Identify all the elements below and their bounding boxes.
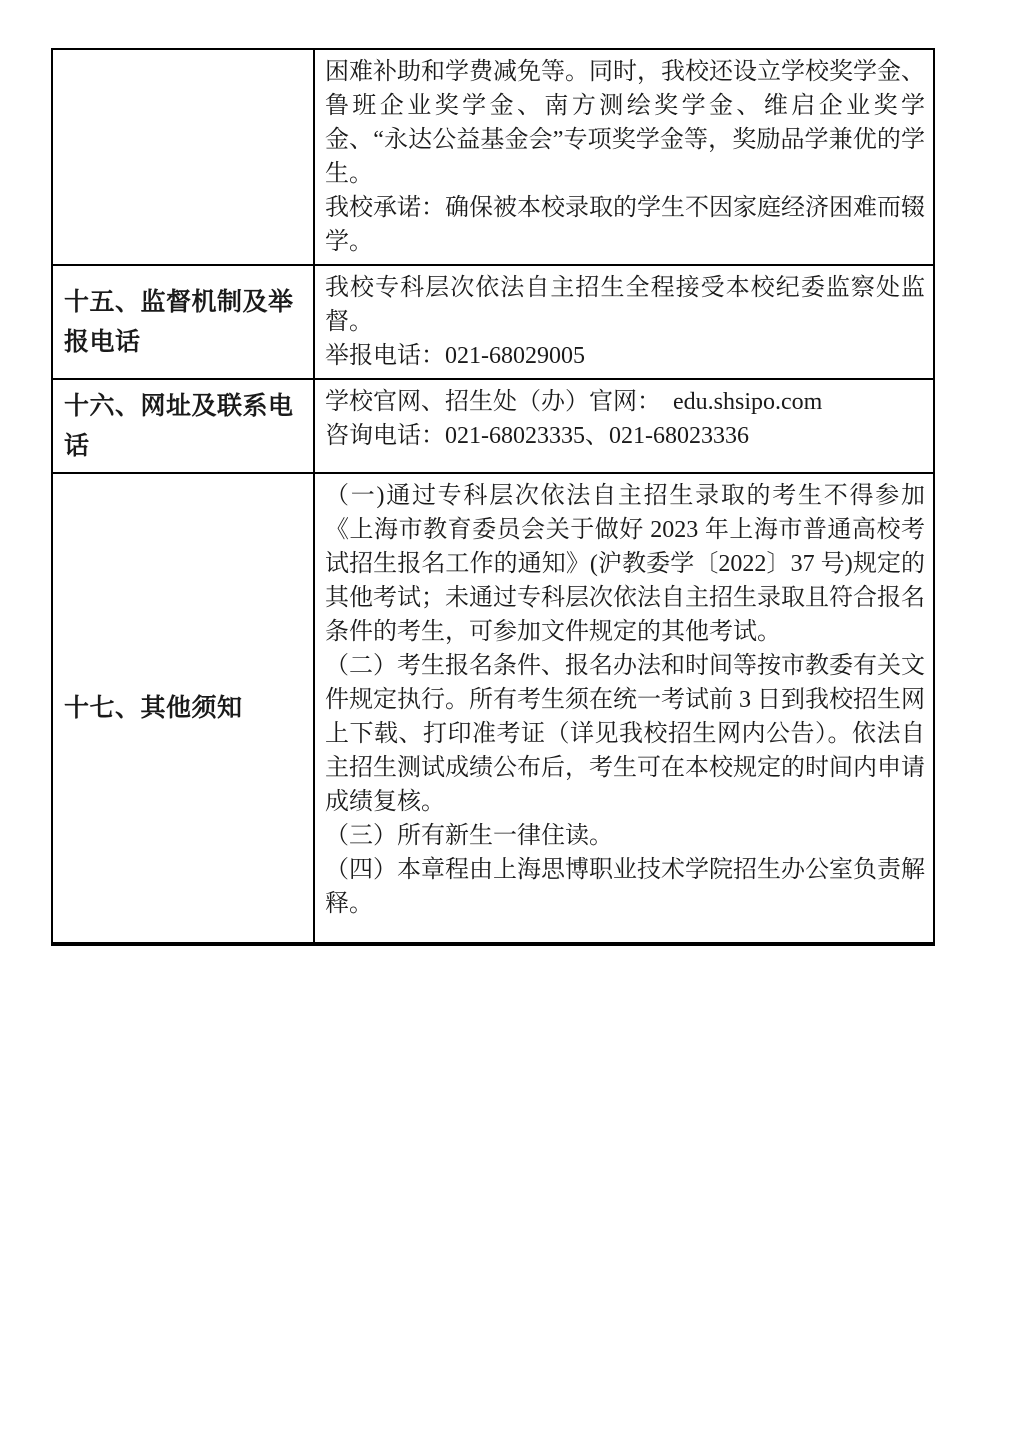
cell-paragraph: 咨询电话：021-68023335、021-68023336 [325, 419, 925, 453]
cell-paragraph: （一)通过专科层次依法自主招生录取的考生不得参加《上海市教育委员会关于做好 20… [325, 479, 925, 649]
row-header-cell [53, 50, 315, 264]
cell-paragraph: 学校官网、招生处（办）官网： edu.shsipo.com [325, 385, 925, 419]
row-header-label: 十七、其他须知 [64, 688, 243, 728]
row-header-label: 十五、监督机制及举报电话 [64, 282, 303, 362]
cell-paragraph: 我校专科层次依法自主招生全程接受本校纪委监察处监督。 [325, 271, 925, 339]
table-row-website-contact: 十六、网址及联系电话 学校官网、招生处（办）官网： edu.shsipo.com… [53, 378, 933, 472]
table-row-other-notices: 十七、其他须知 （一)通过专科层次依法自主招生录取的考生不得参加《上海市教育委员… [53, 472, 933, 942]
row-header-cell: 十六、网址及联系电话 [53, 380, 315, 472]
row-header-cell: 十七、其他须知 [53, 474, 315, 942]
cell-paragraph: 困难补助和学费减免等。同时，我校还设立学校奖学金、鲁班企业奖学金、南方测绘奖学金… [325, 55, 925, 191]
table-row-financial-aid-continuation: 困难补助和学费减免等。同时，我校还设立学校奖学金、鲁班企业奖学金、南方测绘奖学金… [53, 50, 933, 264]
row-body-cell: 困难补助和学费减免等。同时，我校还设立学校奖学金、鲁班企业奖学金、南方测绘奖学金… [315, 50, 933, 264]
row-body-cell: 学校官网、招生处（办）官网： edu.shsipo.com 咨询电话：021-6… [315, 380, 933, 472]
cell-paragraph: （三）所有新生一律住读。 [325, 819, 925, 853]
document-page: 困难补助和学费减免等。同时，我校还设立学校奖学金、鲁班企业奖学金、南方测绘奖学金… [0, 0, 1014, 1434]
row-header-cell: 十五、监督机制及举报电话 [53, 266, 315, 378]
row-body-cell: （一)通过专科层次依法自主招生录取的考生不得参加《上海市教育委员会关于做好 20… [315, 474, 933, 942]
cell-paragraph: 举报电话：021-68029005 [325, 339, 925, 373]
row-body-cell: 我校专科层次依法自主招生全程接受本校纪委监察处监督。 举报电话：021-6802… [315, 266, 933, 378]
cell-paragraph: （四）本章程由上海思博职业技术学院招生办公室负责解释。 [325, 853, 925, 921]
table-row-supervision-hotline: 十五、监督机制及举报电话 我校专科层次依法自主招生全程接受本校纪委监察处监督。 … [53, 264, 933, 378]
row-header-label: 十六、网址及联系电话 [64, 386, 303, 466]
cell-paragraph: 我校承诺：确保被本校录取的学生不因家庭经济困难而辍学。 [325, 191, 925, 259]
admissions-charter-table: 困难补助和学费减免等。同时，我校还设立学校奖学金、鲁班企业奖学金、南方测绘奖学金… [51, 48, 935, 946]
cell-paragraph: （二）考生报名条件、报名办法和时间等按市教委有关文件规定执行。所有考生须在统一考… [325, 649, 925, 819]
